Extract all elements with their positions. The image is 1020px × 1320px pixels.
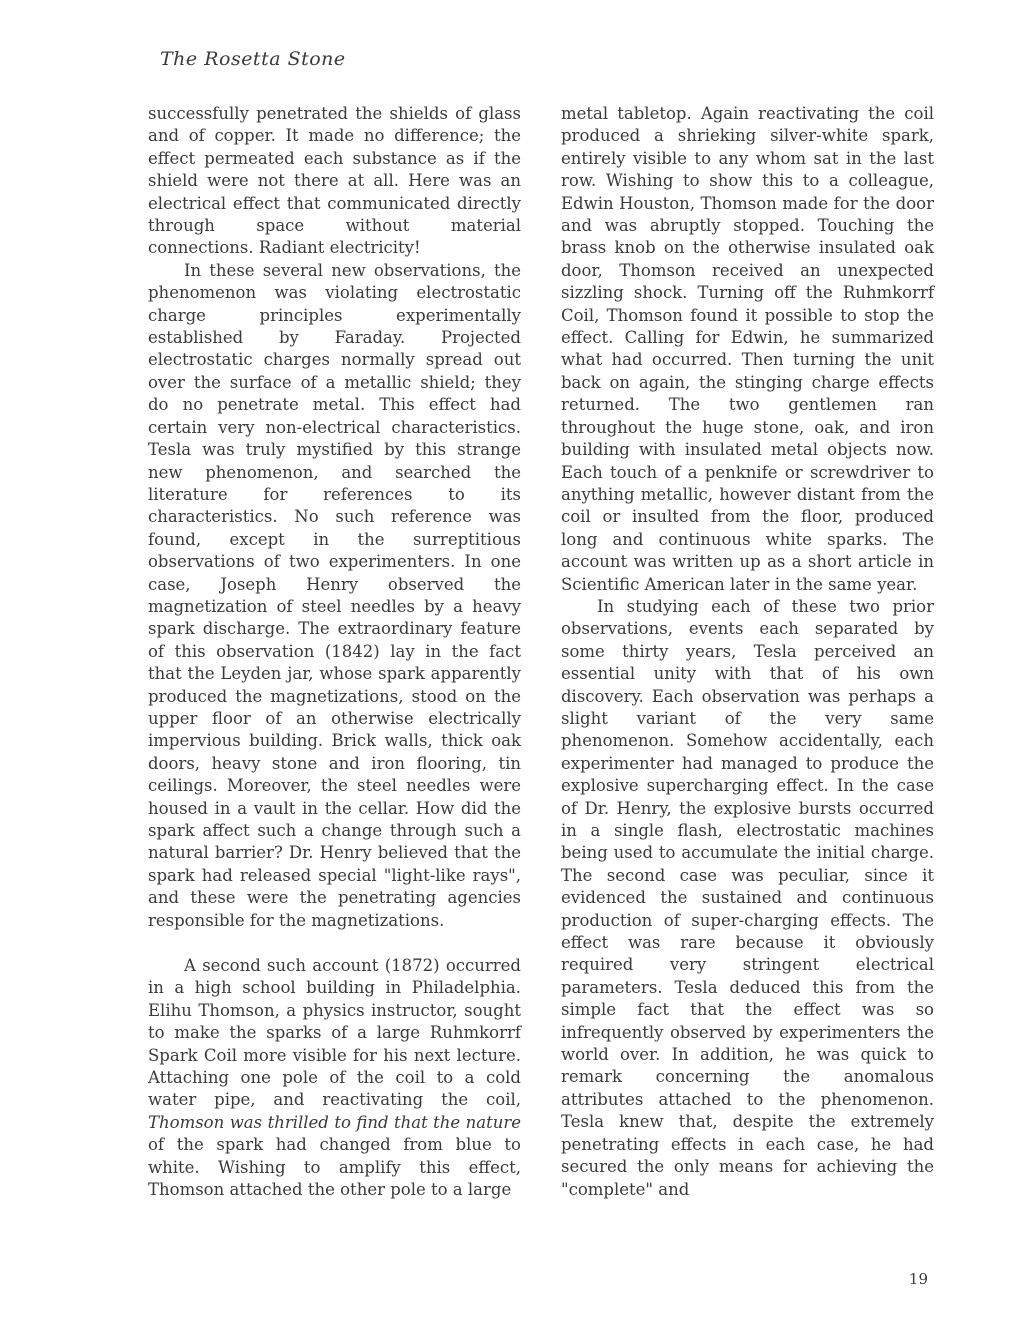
book-page: The Rosetta Stone successfully penetrate… [0,0,1020,1320]
left-column: successfully penetrated the shields of g… [148,103,521,1202]
paragraph: In studying each of these two prior obse… [561,596,934,1201]
text-columns: successfully penetrated the shields of g… [148,103,934,1202]
text-segment: A second such account (1872) occurred in… [148,956,521,1109]
paragraph: successfully penetrated the shields of g… [148,103,521,260]
running-header: The Rosetta Stone [160,48,346,70]
text-segment: metal tabletop. Again reactivating the c… [561,104,934,594]
paragraph: In these several new observations, the p… [148,260,521,932]
paragraph: metal tabletop. Again reactivating the c… [561,103,934,596]
paragraph: A second such account (1872) occurred in… [148,955,521,1201]
text-segment: successfully penetrated the shields of g… [148,104,521,257]
page-number: 19 [909,1270,928,1288]
text-segment: of the spark had changed from blue to wh… [148,1135,521,1199]
text-segment: In studying each of these two prior obse… [561,597,934,1199]
right-column: metal tabletop. Again reactivating the c… [561,103,934,1202]
italic-text-segment: Thomson was thrilled to find that the na… [148,1113,521,1132]
text-segment: In these several new observations, the p… [148,261,521,930]
